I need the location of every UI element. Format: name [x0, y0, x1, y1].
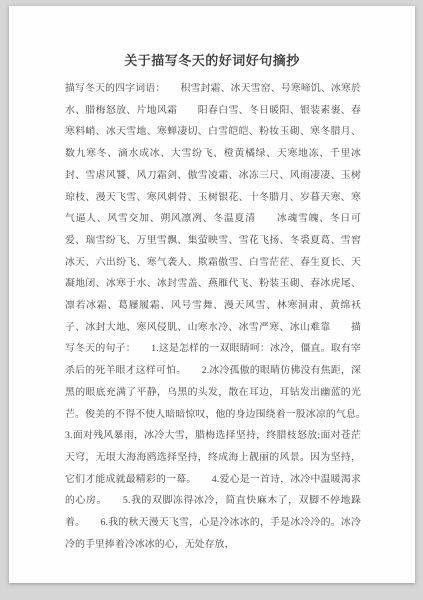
sentence-item-6: 6.我的秋天漫天飞雪，心是冷冰冰的，手是冰冷冷的。冰冷冷的手里捧着冷冰冰的心，无… — [65, 517, 361, 550]
words-group-3: 冰魂雪魄、冬日可爱、瑞雪纷飞、万里雪飘、集萤映雪、雪花飞扬、冬裘夏葛、雪窖冰天、… — [65, 213, 361, 333]
words-group-2: 阳春白雪、冬日暖阳、银装素裹、春寒料峭、冰天雪地、寒蝉凄切、白雪皑皑、粉妆玉砌、… — [65, 105, 361, 225]
document-title: 关于描写冬天的好词好句摘抄 — [9, 50, 415, 69]
words-section-label: 描写冬天的四字词语： — [65, 83, 180, 94]
document-body: 描写冬天的四字词语： 积雪封霜、冰天雪窑、号寒啼饥、冰寒於水、腊梅怒放、片地风霜… — [9, 78, 415, 555]
document-page: 关于描写冬天的好词好句摘抄 描写冬天的四字词语： 积雪封霜、冰天雪窑、号寒啼饥、… — [9, 6, 415, 583]
